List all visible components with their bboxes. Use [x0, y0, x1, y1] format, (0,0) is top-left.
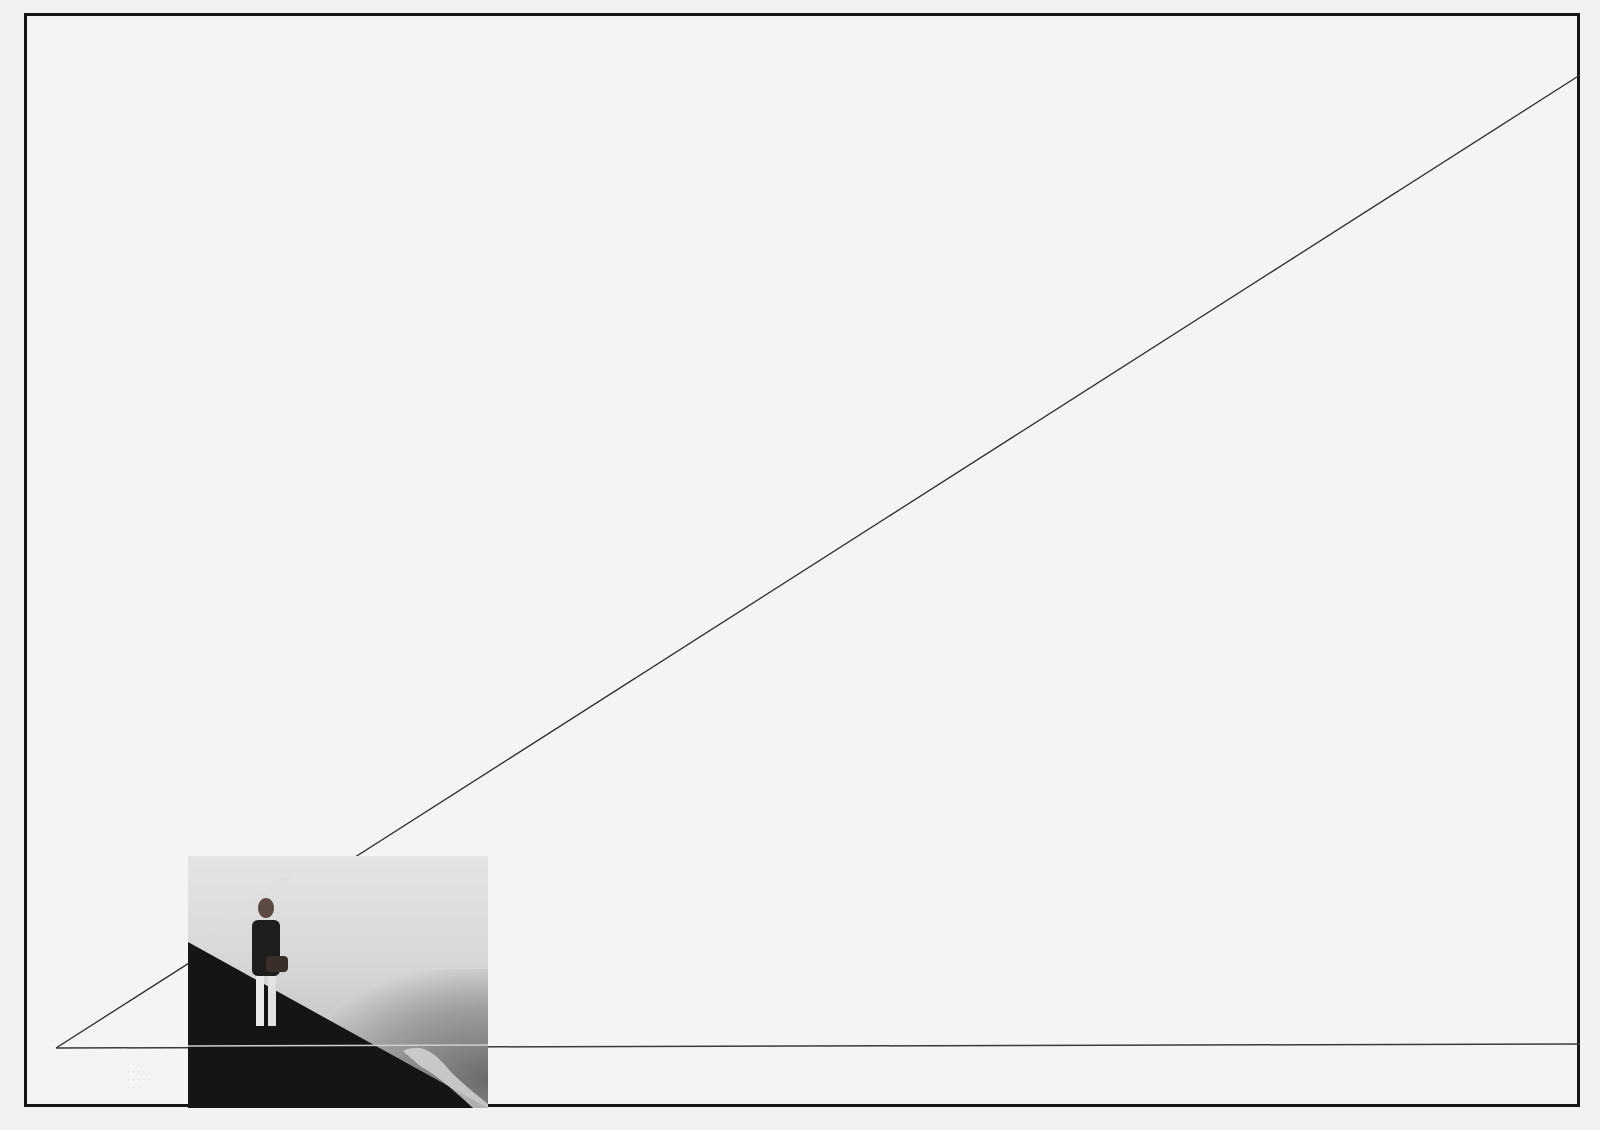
photograph — [188, 856, 488, 1108]
photo-scene — [188, 856, 488, 1108]
caption-line: · · · — [128, 1084, 184, 1092]
baseline-through-photo — [188, 1045, 488, 1046]
caption-line: · · · · — [128, 1068, 184, 1076]
caption-line: · · · · · — [128, 1076, 184, 1084]
photo-caption: · · · · · · · · · · · · — [128, 1068, 184, 1092]
dark-slope — [188, 942, 488, 1108]
